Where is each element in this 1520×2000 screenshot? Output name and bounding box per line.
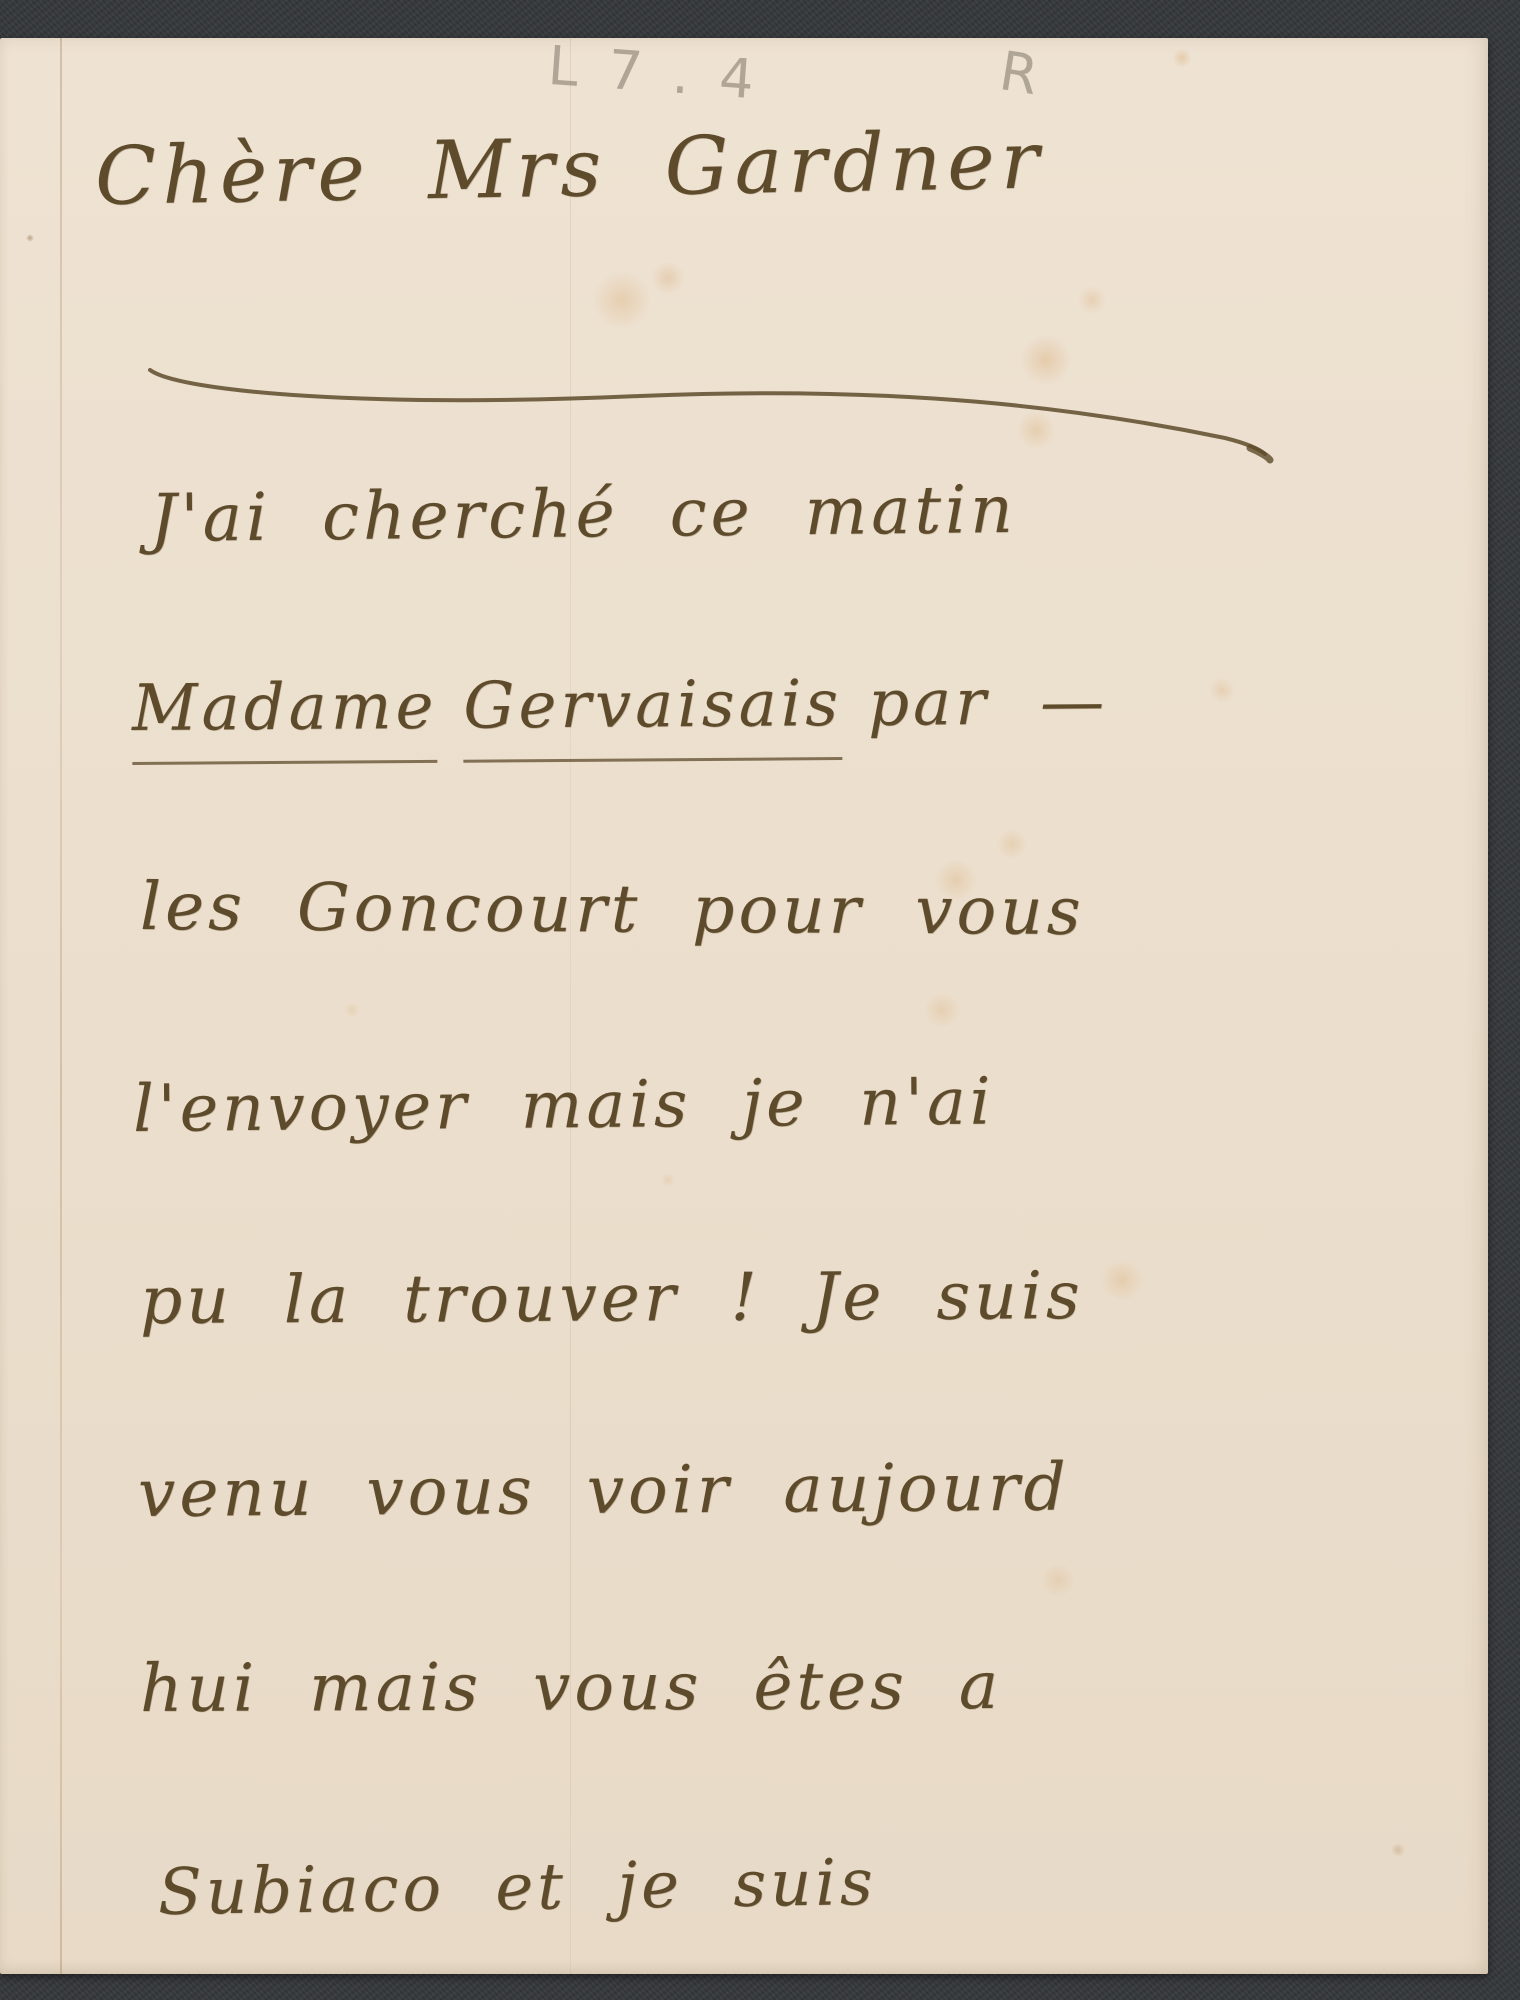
underlined-word-gervaisais: Gervaisais — [463, 667, 842, 763]
handwritten-line-9: Subiaco et je suis — [157, 1846, 877, 1930]
handwritten-line-3: MadameGervaisaispar — — [132, 665, 1109, 746]
left-fold-crease — [60, 38, 62, 1974]
salutation-line: Chère Mrs Gardner — [94, 113, 1045, 223]
handwritten-line-6: pu la trouver ! Je suis — [140, 1257, 1084, 1339]
handwritten-line-4: les Goncourt pour vous — [140, 868, 1085, 950]
handwritten-line-8: hui mais vous êtes a — [140, 1647, 1002, 1727]
pencil-inventory-note-r: R — [995, 39, 1072, 112]
handwritten-line-2: J'ai cherché ce matin — [150, 471, 1017, 557]
handwritten-line-5: l'envoyer mais je n'ai — [133, 1064, 995, 1147]
underlined-word-madame: Madame — [132, 670, 438, 765]
line-3-tail: par — — [868, 665, 1109, 741]
scanned-letter-photo: L7.4 R Chère Mrs Gardner J'ai cherché ce… — [0, 0, 1520, 2000]
handwritten-line-7: venu vous voir aujourd — [138, 1448, 1070, 1532]
